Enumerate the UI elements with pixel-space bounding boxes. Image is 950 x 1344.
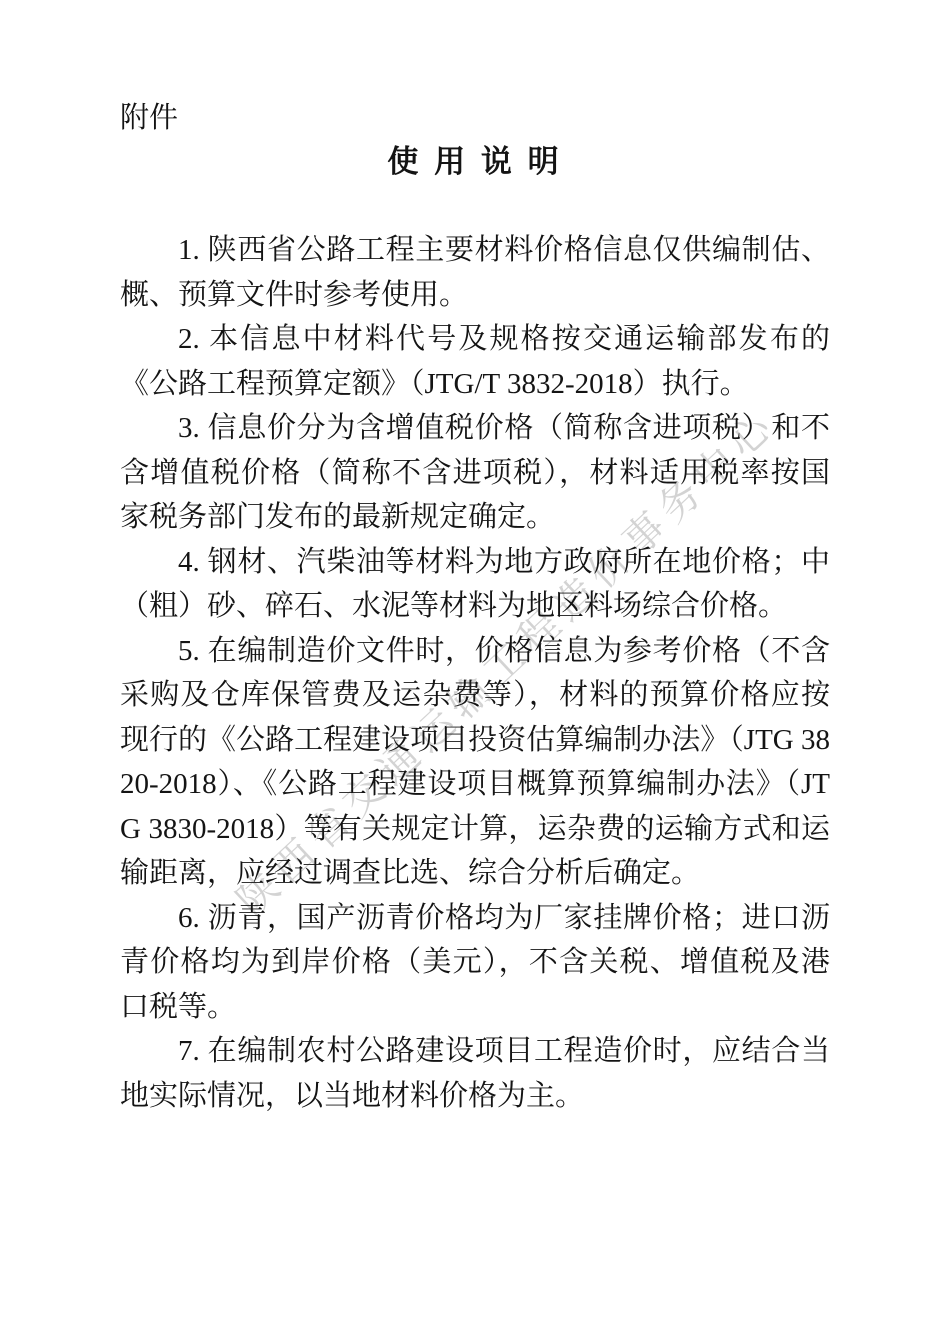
paragraph-5: 5. 在编制造价文件时，价格信息为参考价格（不含采购及仓库保管费及运杂费等），材… <box>120 629 830 896</box>
paragraph-6: 6. 沥青，国产沥青价格均为厂家挂牌价格；进口沥青价格均为到岸价格（美元），不含… <box>120 896 830 1030</box>
document-body: 1. 陕西省公路工程主要材料价格信息仅供编制估、概、预算文件时参考使用。 2. … <box>120 228 830 1118</box>
page-title: 使 用 说 明 <box>0 140 950 184</box>
attachment-label: 附件 <box>120 98 178 138</box>
paragraph-3: 3. 信息价分为含增值税价格（简称含进项税）和不含增值税价格（简称不含进项税），… <box>120 406 830 540</box>
paragraph-7: 7. 在编制农村公路建设项目工程造价时，应结合当地实际情况，以当地材料价格为主。 <box>120 1029 830 1118</box>
paragraph-4: 4. 钢材、汽柴油等材料为地方政府所在地价格；中（粗）砂、碎石、水泥等材料为地区… <box>120 540 830 629</box>
paragraph-1: 1. 陕西省公路工程主要材料价格信息仅供编制估、概、预算文件时参考使用。 <box>120 228 830 317</box>
document-page: 陕西省交通运输工程造价事务中心 附件 使 用 说 明 1. 陕西省公路工程主要材… <box>0 0 950 1344</box>
paragraph-2: 2. 本信息中材料代号及规格按交通运输部发布的《公路工程预算定额》（JTG/T … <box>120 317 830 406</box>
